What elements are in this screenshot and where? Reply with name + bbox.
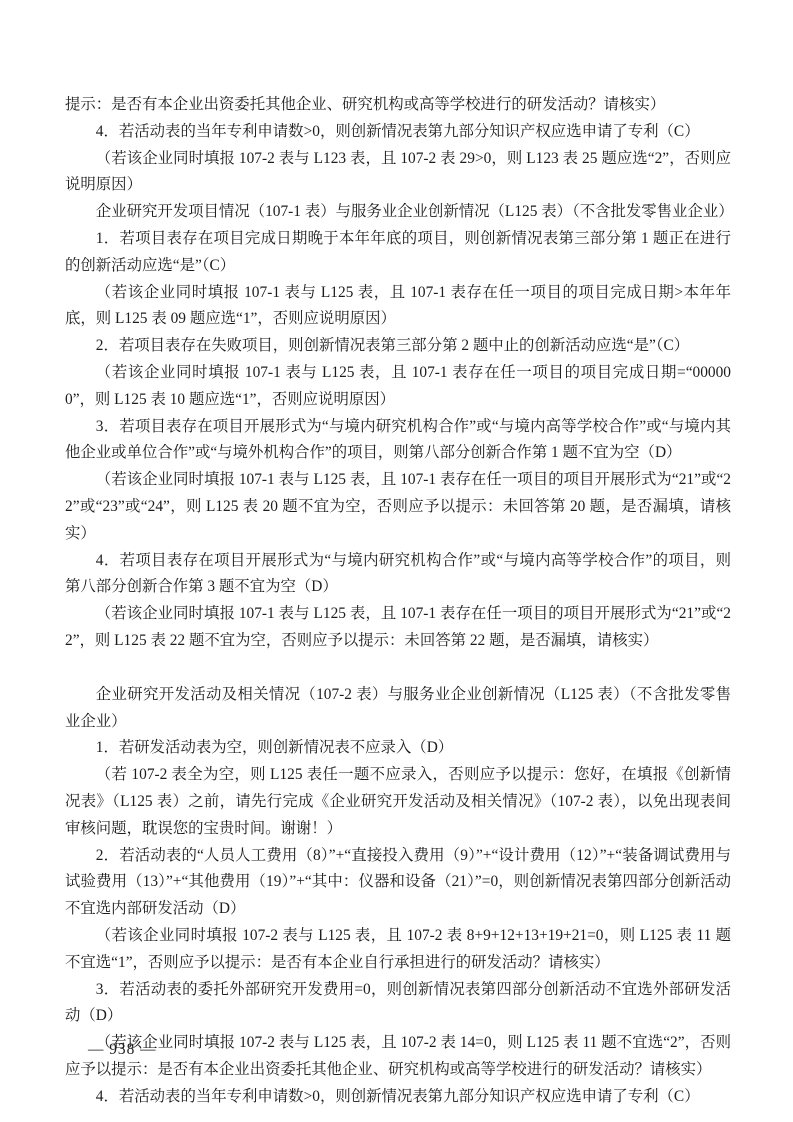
rule-paragraph: 4．若项目表存在项目开展形式为“与境内研究机构合作”或“与境内高等学校合作”的项… — [65, 548, 731, 602]
note-paragraph: （若该企业同时填报 107-2 表与 L125 表，且 107-2 表 8+9+… — [65, 923, 731, 977]
rule-paragraph: 4．若活动表的当年专利申请数>0，则创新情况表第九部分知识产权应选申请了专利（C… — [65, 1084, 731, 1111]
page-number: — 938 — — [88, 1037, 157, 1064]
note-paragraph: （若该企业同时填报 107-1 表与 L125 表，且 107-1 表存在任一项… — [65, 280, 731, 334]
note-paragraph: （若该企业同时填报 107-2 表与 L125 表，且 107-2 表 14=0… — [65, 1030, 731, 1084]
section-heading-107-2: 企业研究开发活动及相关情况（107-2 表）与服务业企业创新情况（L125 表）… — [65, 682, 731, 736]
note-paragraph: （若该企业同时填报 107-1 表与 L125 表，且 107-1 表存在任一项… — [65, 360, 731, 414]
rule-paragraph: 3．若项目表存在项目开展形式为“与境内研究机构合作”或“与境内高等学校合作”或“… — [65, 414, 731, 468]
note-paragraph: （若 107-2 表全为空，则 L125 表任一题不应录入，否则应予以提示：您好… — [65, 762, 731, 842]
rule-paragraph: 1．若项目表存在项目完成日期晚于本年年底的项目，则创新情况表第三部分第 1 题正… — [65, 226, 731, 280]
note-paragraph: （若该企业同时填报 107-1 表与 L125 表，且 107-1 表存在任一项… — [65, 601, 731, 655]
section-heading-107-1: 企业研究开发项目情况（107-1 表）与服务业企业创新情况（L125 表）（不含… — [65, 199, 731, 226]
note-paragraph: （若该企业同时填报 107-2 表与 L123 表，且 107-2 表 29>0… — [65, 146, 731, 200]
rule-paragraph: 1．若研发活动表为空，则创新情况表不应录入（D） — [65, 735, 731, 762]
rule-paragraph: 4．若活动表的当年专利申请数>0，则创新情况表第九部分知识产权应选申请了专利（C… — [65, 119, 731, 146]
rule-paragraph: 2．若项目表存在失败项目，则创新情况表第三部分第 2 题中止的创新活动应选“是”… — [65, 333, 731, 360]
note-paragraph: （若该企业同时填报 107-1 表与 L125 表，且 107-1 表存在任一项… — [65, 467, 731, 547]
scanned-document-page: { "doc": { "page_number": "— 938 —", "bl… — [0, 0, 793, 1122]
paragraph-continuation: 提示：是否有本企业出资委托其他企业、研究机构或高等学校进行的研发活动？请核实） — [65, 92, 731, 119]
rule-paragraph: 2．若活动表的“人员人工费用（8）”+“直接投入费用（9）”+“设计费用（12）… — [65, 843, 731, 923]
document-body: 提示：是否有本企业出资委托其他企业、研究机构或高等学校进行的研发活动？请核实） … — [65, 92, 731, 1110]
rule-paragraph: 3．若活动表的委托外部研究开发费用=0，则创新情况表第四部分创新活动不宜选外部研… — [65, 977, 731, 1031]
